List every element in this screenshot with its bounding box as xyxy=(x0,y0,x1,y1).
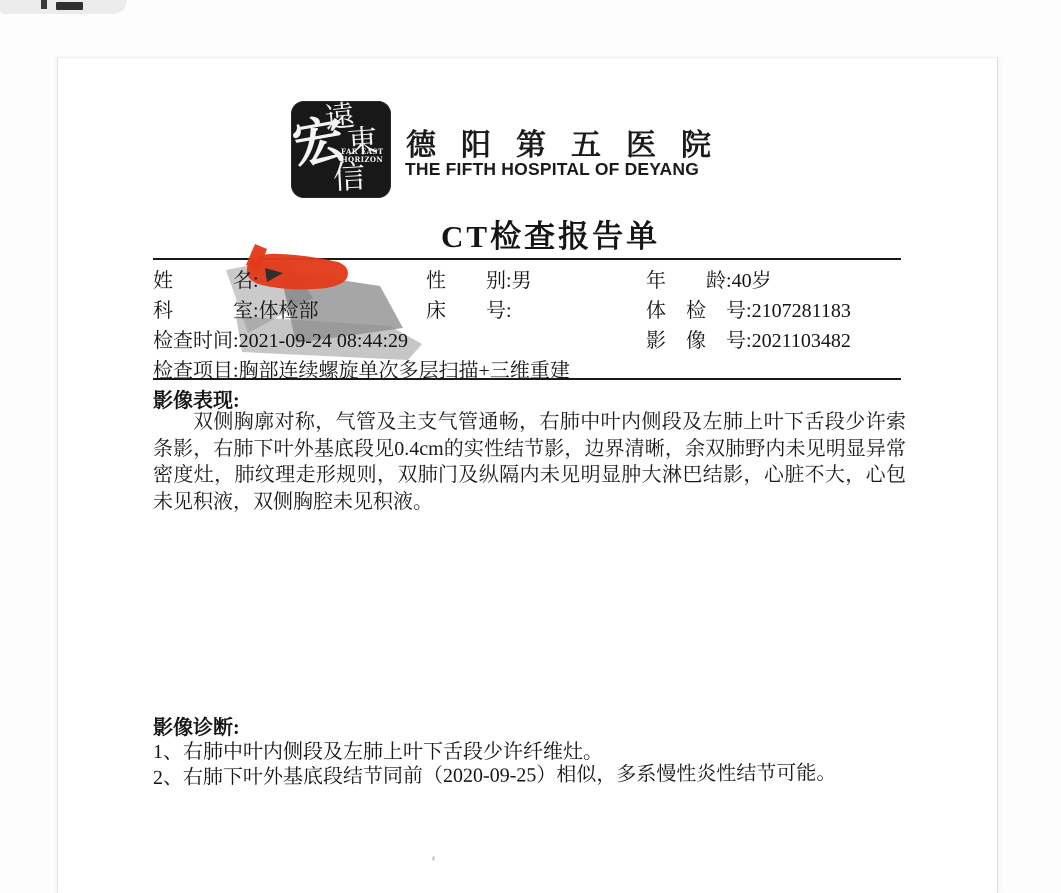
field-label: 性 别: xyxy=(426,270,512,292)
field-value: 2021103482 xyxy=(752,330,851,352)
field-value: 体检部 xyxy=(259,300,319,322)
field-image-no: 影 像 号:2021103482 xyxy=(646,324,851,353)
scan-speck xyxy=(432,856,435,861)
field-exam-time: 检查时间:2021-09-24 08:44:29 xyxy=(153,324,408,353)
field-value: 胸部连续螺旋单次多层扫描+三维重建 xyxy=(239,360,570,382)
field-value: 男 xyxy=(512,270,532,292)
field-value: 2021-09-24 08:44:29 xyxy=(239,330,408,352)
field-label: 年 龄: xyxy=(646,270,732,292)
info-row-1: 姓 名: 性 别:男 年 龄:40岁 xyxy=(153,264,906,290)
field-age: 年 龄:40岁 xyxy=(646,264,772,293)
field-label: 科 室: xyxy=(153,300,259,322)
info-row-3: 检查时间:2021-09-24 08:44:29 影 像 号:202110348… xyxy=(153,324,906,350)
button-glyph-fragment-icon xyxy=(56,2,83,10)
field-label: 床 号: xyxy=(426,300,512,322)
field-label: 体 检 号: xyxy=(646,300,752,322)
field-label: 姓 名: xyxy=(153,270,259,292)
logo-brand-text: HORIZON xyxy=(341,156,383,163)
field-exam-item: 检查项目:胸部连续螺旋单次多层扫描+三维重建 xyxy=(153,354,570,383)
field-label: 检查时间: xyxy=(153,330,239,352)
field-department: 科 室:体检部 xyxy=(153,294,319,323)
logo-brand-text: FAR EAST xyxy=(341,148,383,155)
scanned-report-page: 遠 東 宏 信 FAR EAST HORIZON 德阳第五医院 THE FIFT… xyxy=(57,57,998,893)
field-exam-no: 体 检 号:2107281183 xyxy=(646,294,851,323)
info-row-2: 科 室:体检部 床 号: 体 检 号:2107281183 xyxy=(153,294,906,320)
field-name: 姓 名: xyxy=(153,264,259,293)
screenshot-stage: 遠 東 宏 信 FAR EAST HORIZON 德阳第五医院 THE FIFT… xyxy=(0,0,1061,893)
logo-char: 信 xyxy=(332,160,366,194)
diagnosis-item: 2、右肺下叶外基底段结节同前（2020-09-25）相似，多系慢性炎性结节可能。 xyxy=(153,756,837,790)
findings-text: 双侧胸廓对称，气管及主支气管通畅，右肺中叶内侧段及左肺上叶下舌段少许索条影，右肺… xyxy=(153,409,906,515)
button-glyph-fragment-icon xyxy=(41,0,47,9)
field-bed: 床 号: xyxy=(426,294,512,323)
field-value: 40岁 xyxy=(732,270,772,292)
field-label: 影 像 号: xyxy=(646,330,752,352)
field-gender: 性 别:男 xyxy=(426,264,532,293)
hospital-name-cn: 德阳第五医院 xyxy=(406,120,736,164)
hospital-logo: 遠 東 宏 信 FAR EAST HORIZON xyxy=(291,101,391,198)
info-row-4: 检查项目:胸部连续螺旋单次多层扫描+三维重建 xyxy=(153,354,906,380)
partial-toolbar-button[interactable] xyxy=(0,0,127,14)
hospital-name-en: THE FIFTH HOSPITAL OF DEYANG xyxy=(405,159,699,180)
field-label: 检查项目: xyxy=(153,360,239,382)
field-value: 2107281183 xyxy=(752,300,851,322)
